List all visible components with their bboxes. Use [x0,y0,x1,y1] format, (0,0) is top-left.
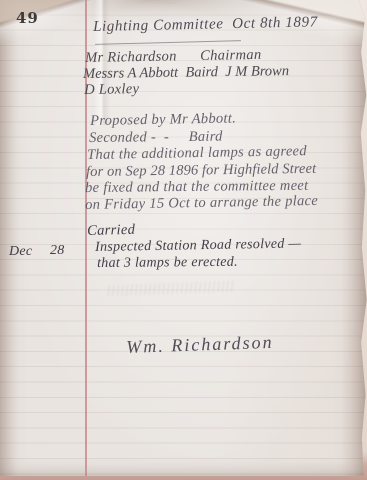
attendance-line-members: Messrs A Abbott Baird J M Brown [83,64,289,81]
motion-text-line-2: for on Sep 28 1896 for Highfield Street [86,162,316,180]
ink-show-through [106,281,234,296]
motion-seconded-line: Seconded - - Baird [89,130,223,146]
motion-text-line-1: That the additional lamps as agreed [87,144,307,162]
motion-result-carried: Carried [87,223,135,239]
motion-text-line-4: on Friday 15 Oct to arrange the place [85,194,318,213]
attendance-line-chairman: Mr Richardson Chairman [85,48,262,66]
heading-line: Lighting Committee Oct 8th 1897 [93,15,318,35]
entry-date-day: 28 [50,244,65,258]
entry-text-line-2: that 3 lamps be erected. [97,256,238,271]
entry-date-month: Dec [9,245,32,259]
page-number: 49 [16,9,39,27]
attendance-line-loxley: D Loxley [84,82,139,97]
paper-sheet: 49 Lighting Committee Oct 8th 1897 Mr Ri… [0,0,367,476]
heading-underline-stroke [95,40,241,45]
signature-wm-richardson: Wm. Richardson [126,333,274,356]
scanned-minute-book-page: 49 Lighting Committee Oct 8th 1897 Mr Ri… [0,0,367,480]
motion-proposed-line: Proposed by Mr Abbott. [90,111,236,128]
entry-text-line-1: Inspected Station Road resolved — [95,237,301,255]
